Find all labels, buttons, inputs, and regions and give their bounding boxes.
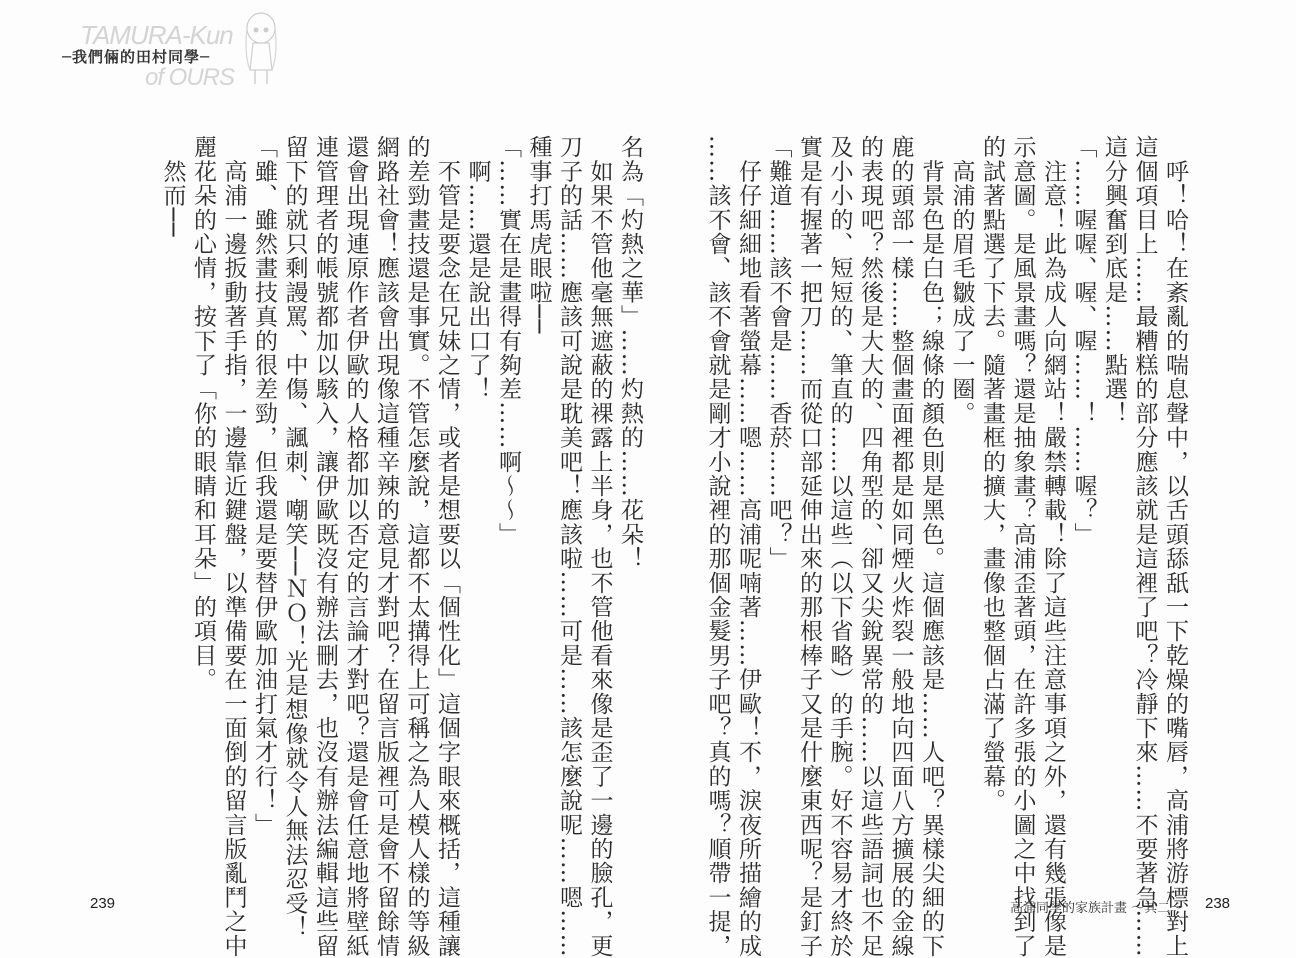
text-column: 然而── <box>157 135 188 915</box>
text-column: 還會出現連原作者伊歐的人格都加以否定的言論才對吧？還是會任意地將壁紙改變為全黑，… <box>340 135 371 915</box>
text-column: 及小小的、短短的、筆直的……以這些（以下省略）的手腕。好不容易才終於理解到那隻手… <box>824 135 855 915</box>
text-column: ……該不會、該不會就是剛才小說裡的那個金髮男子吧？真的嗎？順帶一提，這幅畫像的名… <box>702 135 733 915</box>
text-column: 啊……還是說出口了！ <box>462 135 493 915</box>
text-column: 如果不管他毫無遮蔽的裸露上半身，也不管他看來像是歪了一邊的臉孔，更不管他胸膛邊的 <box>584 135 615 915</box>
text-column: 「……喔喔、喔、喔……！……喔？」 <box>1068 135 1099 915</box>
text-column: 的試著點選了下去。隨著畫框的擴大，畫像也整個占滿了螢幕。 <box>977 135 1008 915</box>
text-column: 網路社會！應該會出現像這種辛辣的意見才對吧？在留言版裡可是會不留餘情地批評他人，… <box>371 135 402 915</box>
left-page-text: 名為「灼熱之華」……灼熱的……花朵！ 如果不管他毫無遮蔽的裸露上半身，也不管他看… <box>157 135 645 905</box>
text-column: 背景色是白色；線條的顏色則是黑色。這個應該是……人吧？異樣尖細的下顎看起來就像是 <box>916 135 947 915</box>
text-column: 高浦一邊扳動著手指，一邊靠近鍵盤，以準備要在一面倒的留言版亂鬥之中開出唯一一朵美 <box>218 135 249 915</box>
text-column: 這個項目上……最糟糕的部分應該就是這裡了吧？冷靜下來……不要著急……樂趣就在其中… <box>1129 135 1160 915</box>
text-column: 的表現吧？然後是大大的、四角型的、卻又尖銳異常的……以這些語詞也不足以表現的肩幅… <box>855 135 886 915</box>
running-title: 高浦同學的家族計畫 ～其二～ <box>1010 897 1183 916</box>
text-column: 留下的就只剩謾罵、中傷、諷刺、嘲笑──ＮＯ！光是想像就令人無法忍受！ <box>279 135 310 915</box>
left-page: 名為「灼熱之華」……灼熱的……花朵！ 如果不管他毫無遮蔽的裸露上半身，也不管他看… <box>100 135 645 905</box>
text-column: 注意！此為成人向網站！嚴禁轉載！除了這些注意事項之外，還有幾張像是用來騙人用的小 <box>1038 135 1069 915</box>
text-column: 呼！哈！在紊亂的喘息聲中，以舌頭舔舐一下乾燥的嘴唇，高浦將游標對上「散布於外的心… <box>1160 135 1191 915</box>
text-column: 這分興奮到底是……點選！ <box>1099 135 1130 915</box>
text-column: 名為「灼熱之華」……灼熱的……花朵！ <box>615 135 646 915</box>
text-column: 不管是要念在兄妹之情，或者是想要以「個性化」這個字眼來概括，這種讓人無法打馬虎眼 <box>432 135 463 915</box>
page-number-left: 239 <box>90 895 115 912</box>
logo-english-bottom: of OURS <box>145 64 234 92</box>
text-column: 鹿的頭部一樣……整個畫面裡都是如同煙火炸裂一般地向四面八方擴展的金線……這大概是… <box>885 135 916 915</box>
text-column: 「……實在是畫得有夠差……啊～～」 <box>493 135 524 915</box>
text-column: 連管理者的帳號都加以駭入，讓伊歐既沒有辦法刪去，也沒有辦法編輯這些留言呢？於是，… <box>310 135 341 915</box>
text-column: 高浦的眉毛皺成了一圈。 <box>946 135 977 915</box>
chibi-girl-icon <box>240 10 282 90</box>
text-column: 示意圖。是風景畫嗎？還是抽象畫？高浦歪著頭，在許多張的小圖之中找到了一張標示著「… <box>1007 135 1038 915</box>
right-page-text: 呼！哈！在紊亂的喘息聲中，以舌頭舔舐一下乾燥的嘴唇，高浦將游標對上「散布於外的心… <box>702 135 1190 905</box>
book-spread: TAMURA-Kun of OURS ─我們倆的田村同學─ 呼！哈！在紊亂的喘息… <box>0 0 1296 958</box>
text-column: 麗花朵的心情，按下了「你的眼睛和耳朵」的項目。 <box>188 135 219 915</box>
text-column: 種事打馬虎眼啦── <box>523 135 554 915</box>
text-column: 的差勁畫技還是事實。不管怎麼說，這都不太搆得上可稱之為人模人樣的等級。妳可不要瞧… <box>401 135 432 915</box>
text-column: 刀子的話……應該可說是耽美吧！應該啦……可是……該怎麼說呢……嗯……其實是不應該… <box>554 135 585 915</box>
text-column: 「難道……該不會是……香菸……吧？」 <box>763 135 794 915</box>
text-column: 仔仔細細地看著螢幕……嗯……高浦呢喃著……伊歐！不，淚夜所描繪的成人向插畫，這個 <box>733 135 764 915</box>
right-page: 呼！哈！在紊亂的喘息聲中，以舌頭舔舐一下乾燥的嘴唇，高浦將游標對上「散布於外的心… <box>690 135 1190 905</box>
page-number-right: 238 <box>1205 895 1230 912</box>
text-column: 實是有握著一把刀……而從口部延伸出來的那根棒子又是什麼東西呢？是釘子嗎？還是……… <box>794 135 825 915</box>
logo-chinese-title: ─我們倆的田村同學─ <box>60 46 212 67</box>
text-column: 「雖、雖然畫技真的很差勁，但我還是要替伊歐加油打氣才行！」 <box>249 135 280 915</box>
series-logo: TAMURA-Kun of OURS ─我們倆的田村同學─ <box>40 8 250 98</box>
